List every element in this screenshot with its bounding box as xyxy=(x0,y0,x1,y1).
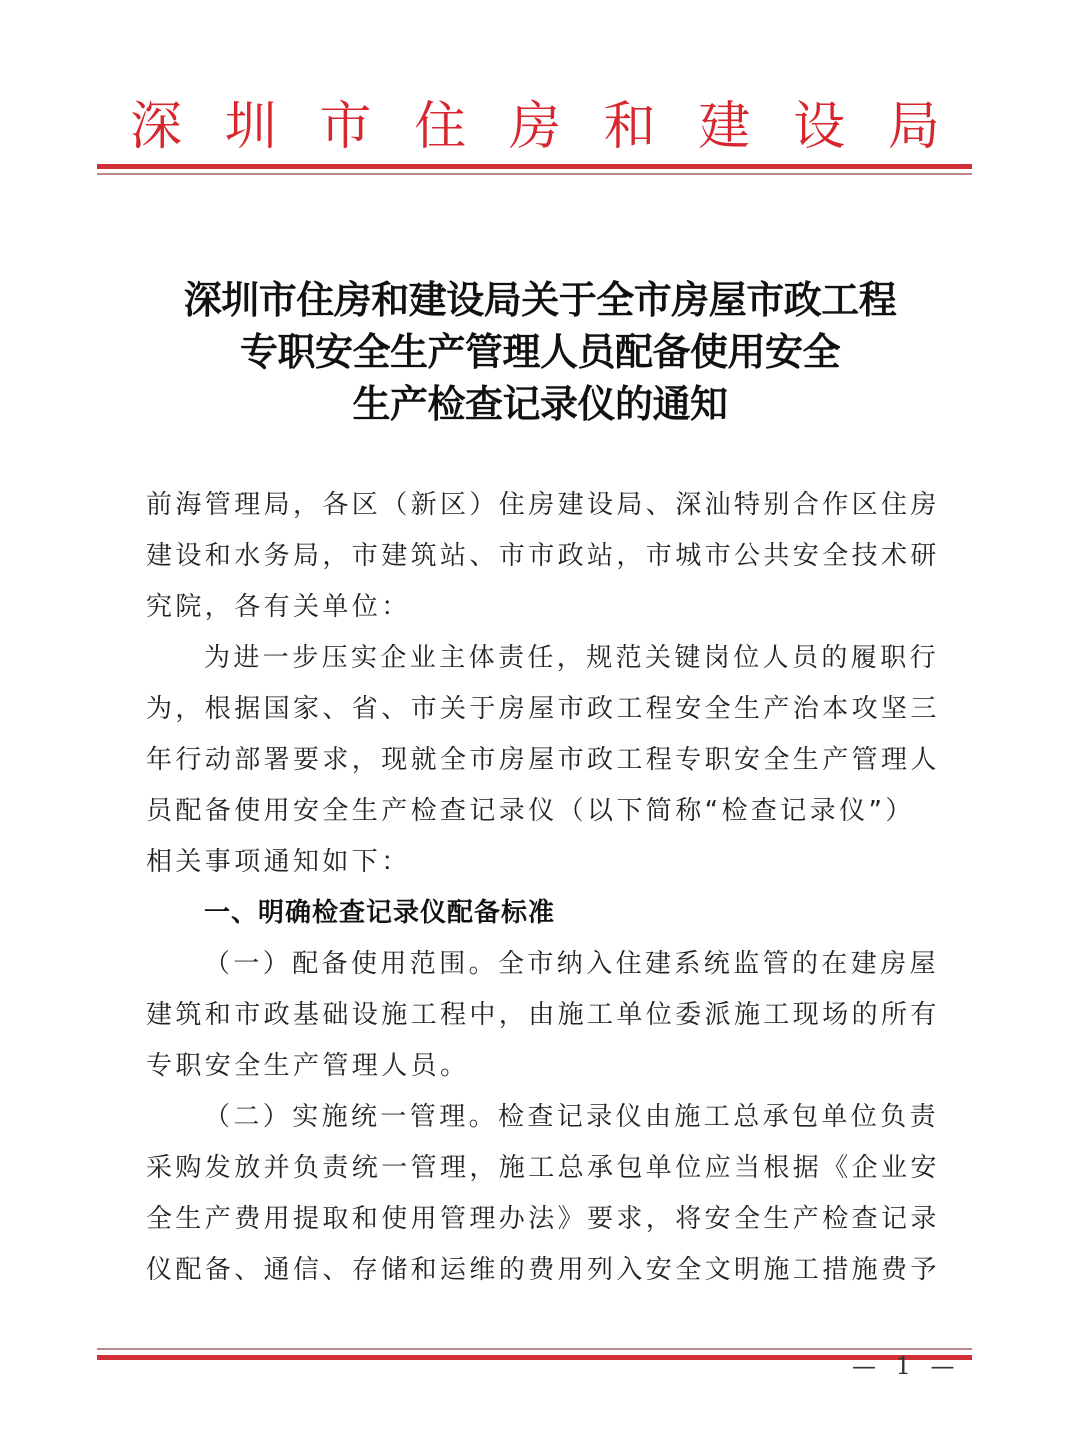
intro-line: 为，根据国家、省、市关于房屋市政工程安全生产治本攻坚三 xyxy=(146,684,946,735)
section-heading: 一、明确检查记录仪配备标准 xyxy=(146,888,946,939)
intro-line: 相关事项通知如下： xyxy=(146,837,946,888)
title-line: 生产检查记录仪的通知 xyxy=(0,378,1080,430)
item2-line: （二）实施统一管理。检查记录仪由施工总承包单位负责 xyxy=(146,1092,946,1143)
page-number: — 1 — xyxy=(852,1352,961,1380)
item2-line: 采购发放并负责统一管理，施工总承包单位应当根据《企业安 xyxy=(146,1143,946,1194)
item1-line: 建筑和市政基础设施工程中，由施工单位委派施工现场的所有 xyxy=(146,990,946,1041)
footer-rule-thin xyxy=(97,1348,972,1350)
masthead: 深 圳 市 住 房 和 建 设 局 xyxy=(130,92,940,162)
document-title: 深圳市住房和建设局关于全市房屋市政工程 专职安全生产管理人员配备使用安全 生产检… xyxy=(0,274,1080,430)
addressee-line: 前海管理局，各区（新区）住房建设局、深汕特别合作区住房 xyxy=(146,480,946,531)
masthead-char: 设 xyxy=(793,101,845,153)
addressee-line: 究院，各有关单位： xyxy=(146,582,946,633)
title-line: 深圳市住房和建设局关于全市房屋市政工程 xyxy=(0,274,1080,326)
masthead-char: 建 xyxy=(698,101,750,153)
masthead-char: 住 xyxy=(414,101,466,153)
item2-line: 仪配备、通信、存储和运维的费用列入安全文明施工措施费予 xyxy=(146,1245,946,1296)
footer-rule-thick xyxy=(97,1355,972,1360)
document-body: 前海管理局，各区（新区）住房建设局、深汕特别合作区住房 建设和水务局，市建筑站、… xyxy=(146,480,946,1296)
addressee-line: 建设和水务局，市建筑站、市市政站，市城市公共安全技术研 xyxy=(146,531,946,582)
masthead-char: 深 xyxy=(130,101,182,153)
intro-line: 为进一步压实企业主体责任，规范关键岗位人员的履职行 xyxy=(146,633,946,684)
item1-line: （一）配备使用范围。全市纳入住建系统监管的在建房屋 xyxy=(146,939,946,990)
masthead-char: 局 xyxy=(888,101,940,153)
item2-line: 全生产费用提取和使用管理办法》要求，将安全生产检查记录 xyxy=(146,1194,946,1245)
intro-line: 年行动部署要求，现就全市房屋市政工程专职安全生产管理人 xyxy=(146,735,946,786)
title-line: 专职安全生产管理人员配备使用安全 xyxy=(0,326,1080,378)
header-rule-thin xyxy=(97,173,972,175)
header-rule-thick xyxy=(97,164,972,169)
masthead-char: 房 xyxy=(509,101,561,153)
masthead-char: 圳 xyxy=(225,101,277,153)
masthead-char: 和 xyxy=(604,101,656,153)
intro-line: 员配备使用安全生产检查记录仪（以下简称“检查记录仪”） xyxy=(146,786,946,837)
masthead-char: 市 xyxy=(319,101,371,153)
item1-line: 专职安全生产管理人员。 xyxy=(146,1041,946,1092)
